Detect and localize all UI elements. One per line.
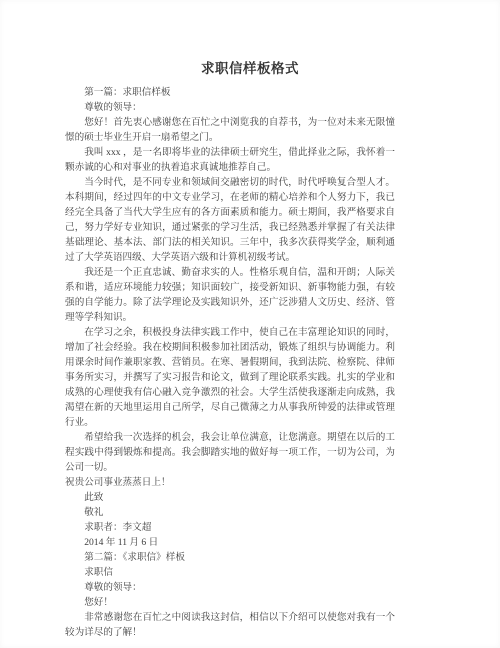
paragraph: 求职者：李文超 <box>65 520 395 535</box>
paragraph: 我叫 xxx ，是一名即将毕业的法律硕士研究生，借此择业之际，我怀着一颗赤诚的心… <box>65 145 395 175</box>
paragraph: 此致 <box>65 490 395 505</box>
paragraph: 在学习之余，积极投身法律实践工作中，使自己在丰富理论知识的同时，增加了社会经验。… <box>65 325 395 430</box>
paragraph: 2014 年 11 月 6 日 <box>65 535 395 550</box>
paragraph: 希望给我一次选择的机会，我会让单位满意，让您满意。期望在以后的工程实践中得到锻炼… <box>65 430 395 475</box>
letter-body: 第一篇：求职信样板尊敬的领导：您好！首先衷心感谢您在百忙之中浏览我的自荐书，为一… <box>65 85 395 640</box>
page-title: 求职信样板格式 <box>0 57 500 77</box>
paragraph: 我还是一个正直忠诚、勤奋求实的人。性格乐观自信，温和开朗；人际关系和谐，适应环境… <box>65 265 395 325</box>
paragraph: 敬礼 <box>65 505 395 520</box>
paragraph: 当今时代，是不同专业和领域间交融密切的时代，时代呼唤复合型人才。本科期间，经过四… <box>65 175 395 265</box>
paragraph: 求职信 <box>65 565 395 580</box>
paragraph: 非常感谢您在百忙之中阅读我这封信，相信以下介绍可以使您对我有一个较为详尽的了解！ <box>65 610 395 640</box>
paragraph: 第二篇：《求职信》样板 <box>65 550 395 565</box>
paragraph: 您好！ <box>65 595 395 610</box>
paragraph: 尊敬的领导： <box>65 100 395 115</box>
paragraph: 您好！首先衷心感谢您在百忙之中浏览我的自荐书，为一位对未来无限憧憬的硕士毕业生开… <box>65 115 395 145</box>
paragraph: 祝贵公司事业蒸蒸日上！ <box>65 475 395 490</box>
document-page: 求职信样板格式 第一篇：求职信样板尊敬的领导：您好！首先衷心感谢您在百忙之中浏览… <box>0 0 500 648</box>
paragraph: 尊敬的领导： <box>65 580 395 595</box>
paragraph: 第一篇：求职信样板 <box>65 85 395 100</box>
